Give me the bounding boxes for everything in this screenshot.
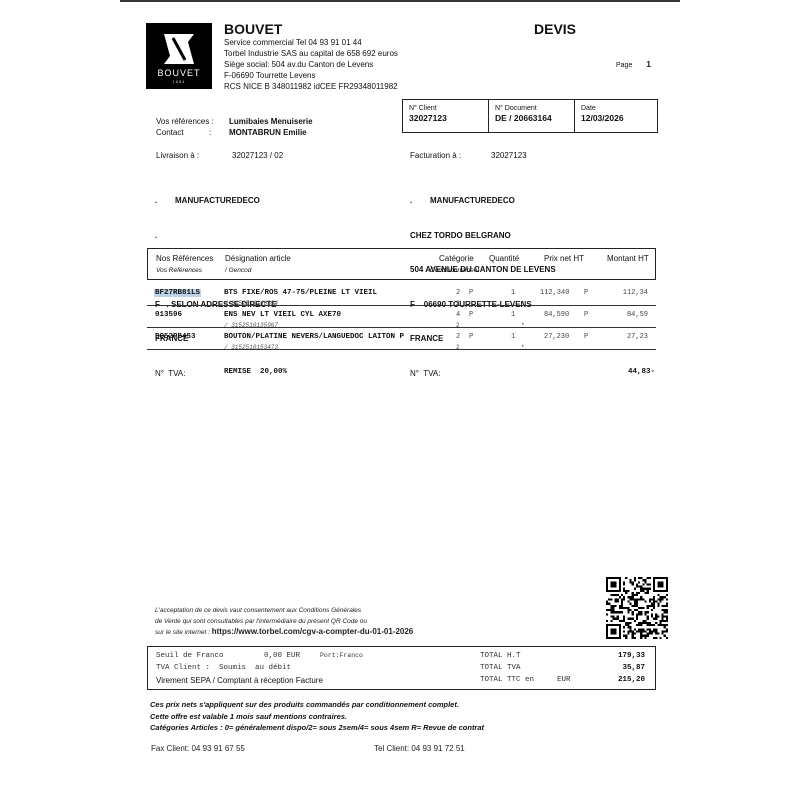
logo-x-icon — [162, 32, 196, 66]
document-info-box: N° Client 32027123 N° Document DE / 2066… — [402, 99, 658, 133]
row-prix-unit: P — [584, 333, 588, 341]
row-divider — [147, 349, 656, 351]
contact-sep: : — [209, 128, 211, 137]
document-title: DEVIS — [534, 21, 576, 37]
total-ttc-value: 215,20 — [618, 676, 645, 684]
franco-threshold-label: Seuil de Franco — [156, 652, 224, 660]
header-vos-refs: Vos Références — [156, 267, 202, 274]
address-line: . MANUFACTUREDECO — [155, 195, 277, 207]
row-quantite: 1 — [511, 311, 515, 319]
delivery-label: Livraison à : — [156, 151, 199, 160]
row-montant: 84,59 — [627, 311, 648, 319]
client-number-cell: N° Client 32027123 — [403, 100, 489, 132]
discount-value: 44,83- — [628, 368, 655, 376]
address-line: . MANUFACTUREDECO — [410, 195, 556, 207]
total-ht-value: 179,33 — [618, 652, 645, 660]
header-designation: Désignation article — [225, 254, 291, 263]
date-value: 12/03/2026 — [581, 113, 651, 123]
row-prix-unit: P — [584, 311, 588, 319]
total-ht-label: TOTAL H.T — [480, 652, 521, 660]
contact-label: Contact — [156, 128, 184, 137]
note-line: Ces prix nets s'appliquent sur des produ… — [150, 699, 484, 711]
company-block: BOUVET Service commercial Tel 04 93 91 0… — [224, 21, 398, 92]
row-unit: P — [469, 289, 473, 297]
note-line: Catégories Articles : 0= généralement di… — [150, 722, 484, 734]
row-prix: 84,590 — [544, 311, 569, 319]
page-top-border — [120, 0, 680, 2]
company-line: Service commercial Tel 04 93 91 01 44 — [224, 37, 398, 48]
contact-value: MONTABRUN Emilie — [229, 128, 307, 137]
company-name: BOUVET — [224, 21, 398, 37]
conditions-line: sur le site internet : — [155, 629, 210, 636]
row-quantite: 1 — [511, 333, 515, 341]
row-designation: ENS NEV LT VIEIL CYL AXE70 — [224, 311, 341, 319]
date-cell: Date 12/03/2026 — [575, 100, 657, 132]
fax-client: Fax Client: 04 93 91 67 55 — [151, 744, 245, 753]
row-ref[interactable]: BF27RB81LS — [154, 289, 201, 297]
client-number-label: N° Client — [409, 105, 482, 112]
page-number: 1 — [646, 60, 650, 69]
payment-terms: Virement SEPA / Comptant à réception Fac… — [156, 676, 323, 685]
row-designation: BOUTON/PLATINE NEVERS/LANGUEDOC LAITON P — [224, 333, 404, 341]
cgv-link[interactable]: https://www.torbel.com/cgv-a-compter-du-… — [212, 627, 414, 636]
table-row[interactable]: BF27RB81LS BTS FIXE/ROS 47-75/PLEINE LT … — [147, 284, 656, 306]
delivery-value: 32027123 / 02 — [232, 151, 283, 160]
currency: EUR — [557, 676, 571, 684]
note-line: Cette offre est valable 1 mois sauf ment… — [150, 711, 484, 723]
row-categorie: 2 — [456, 289, 460, 297]
delivery-address: . MANUFACTUREDECO . F . SELON ADRESSE DI… — [155, 172, 277, 391]
row-ref[interactable]: 013596 — [155, 311, 182, 319]
company-line: Torbel Industrie SAS au capital de 658 6… — [224, 48, 398, 59]
address-line: CHEZ TORDO BELGRANO — [410, 230, 556, 242]
total-ttc-label: TOTAL TTC en — [480, 676, 534, 684]
totals-box: Seuil de Franco 0,00 EUR Port:Franco TVA… — [147, 646, 656, 690]
header-montant: Montant HT — [607, 254, 649, 263]
document-number-cell: N° Document DE / 20663164 — [489, 100, 575, 132]
row-prix: 27,230 — [544, 333, 569, 341]
qr-code-icon[interactable] — [606, 577, 668, 639]
conditions-line: de Vente qui sont consultables par l'int… — [155, 617, 413, 628]
franco-threshold-value: 0,00 EUR — [264, 652, 300, 660]
row-ref[interactable]: BO52PB453 — [155, 333, 196, 341]
billing-value: 32027123 — [491, 151, 527, 160]
tel-client: Tel Client: 04 93 91 72 51 — [374, 744, 465, 753]
row-quantite: 1 — [511, 289, 515, 297]
header-conditionnement: Conditionnement — [430, 267, 479, 274]
vos-refs-label: Vos références : — [156, 117, 214, 126]
date-label: Date — [581, 105, 651, 112]
items-table-header: Nos Références Vos Références Désignatio… — [147, 248, 656, 280]
address-line: . — [155, 230, 277, 242]
billing-address: . MANUFACTUREDECO CHEZ TORDO BELGRANO 50… — [410, 172, 556, 391]
logo-text: BOUVET — [146, 68, 212, 78]
company-line: RCS NICE B 348011982 idCEE FR29348011982 — [224, 81, 398, 92]
header-categorie: Catégorie — [439, 254, 474, 263]
document-number-label: N° Document — [495, 105, 568, 112]
row-categorie: 4 — [456, 311, 460, 319]
billing-label: Facturation à : — [410, 151, 461, 160]
header-nos-refs: Nos Références — [156, 254, 213, 263]
tva-line: N° TVA: — [410, 368, 556, 380]
table-row[interactable]: BO52PB453 BOUTON/PLATINE NEVERS/LANGUEDO… — [147, 328, 656, 350]
total-tva-label: TOTAL TVA — [480, 664, 521, 672]
discount-label: REMISE 20,00% — [224, 368, 287, 376]
vos-refs-value: Lumibaies Menuiserie — [229, 117, 313, 126]
client-number-value: 32027123 — [409, 113, 482, 123]
company-line: Siège social: 504 av.du Canton de Levens — [224, 59, 398, 70]
row-montant: 27,23 — [627, 333, 648, 341]
conditions-text: L'acceptation de ce devis vaut consentem… — [155, 606, 413, 639]
row-categorie: 2 — [456, 333, 460, 341]
notes-block: Ces prix nets s'appliquent sur des produ… — [150, 699, 484, 734]
total-tva-value: 35,87 — [622, 664, 645, 672]
page-label: Page — [616, 62, 632, 69]
table-row[interactable]: 013596 ENS NEV LT VIEIL CYL AXE70 / 3152… — [147, 306, 656, 328]
bouvet-logo: BOUVET 1884 — [146, 23, 212, 89]
tva-client-label: TVA Client : Soumis au débit — [156, 664, 291, 672]
row-prix-unit: P — [584, 289, 588, 297]
company-line: F-06690 Tourrette Levens — [224, 70, 398, 81]
port-label: Port:Franco — [320, 652, 363, 659]
logo-year: 1884 — [146, 79, 212, 84]
row-prix: 112,340 — [540, 289, 569, 297]
header-gencod: / Gencod — [225, 267, 251, 274]
conditions-line: L'acceptation de ce devis vaut consentem… — [155, 606, 413, 617]
row-unit: P — [469, 311, 473, 319]
row-unit: P — [469, 333, 473, 341]
row-montant: 112,34 — [623, 289, 648, 297]
header-quantite: Quantité — [489, 254, 519, 263]
row-designation: BTS FIXE/ROS 47-75/PLEINE LT VIEIL — [224, 289, 377, 297]
page-indicator: Page1 — [616, 60, 651, 69]
header-prix: Prix net HT — [544, 254, 584, 263]
document-number-value: DE / 20663164 — [495, 113, 568, 123]
